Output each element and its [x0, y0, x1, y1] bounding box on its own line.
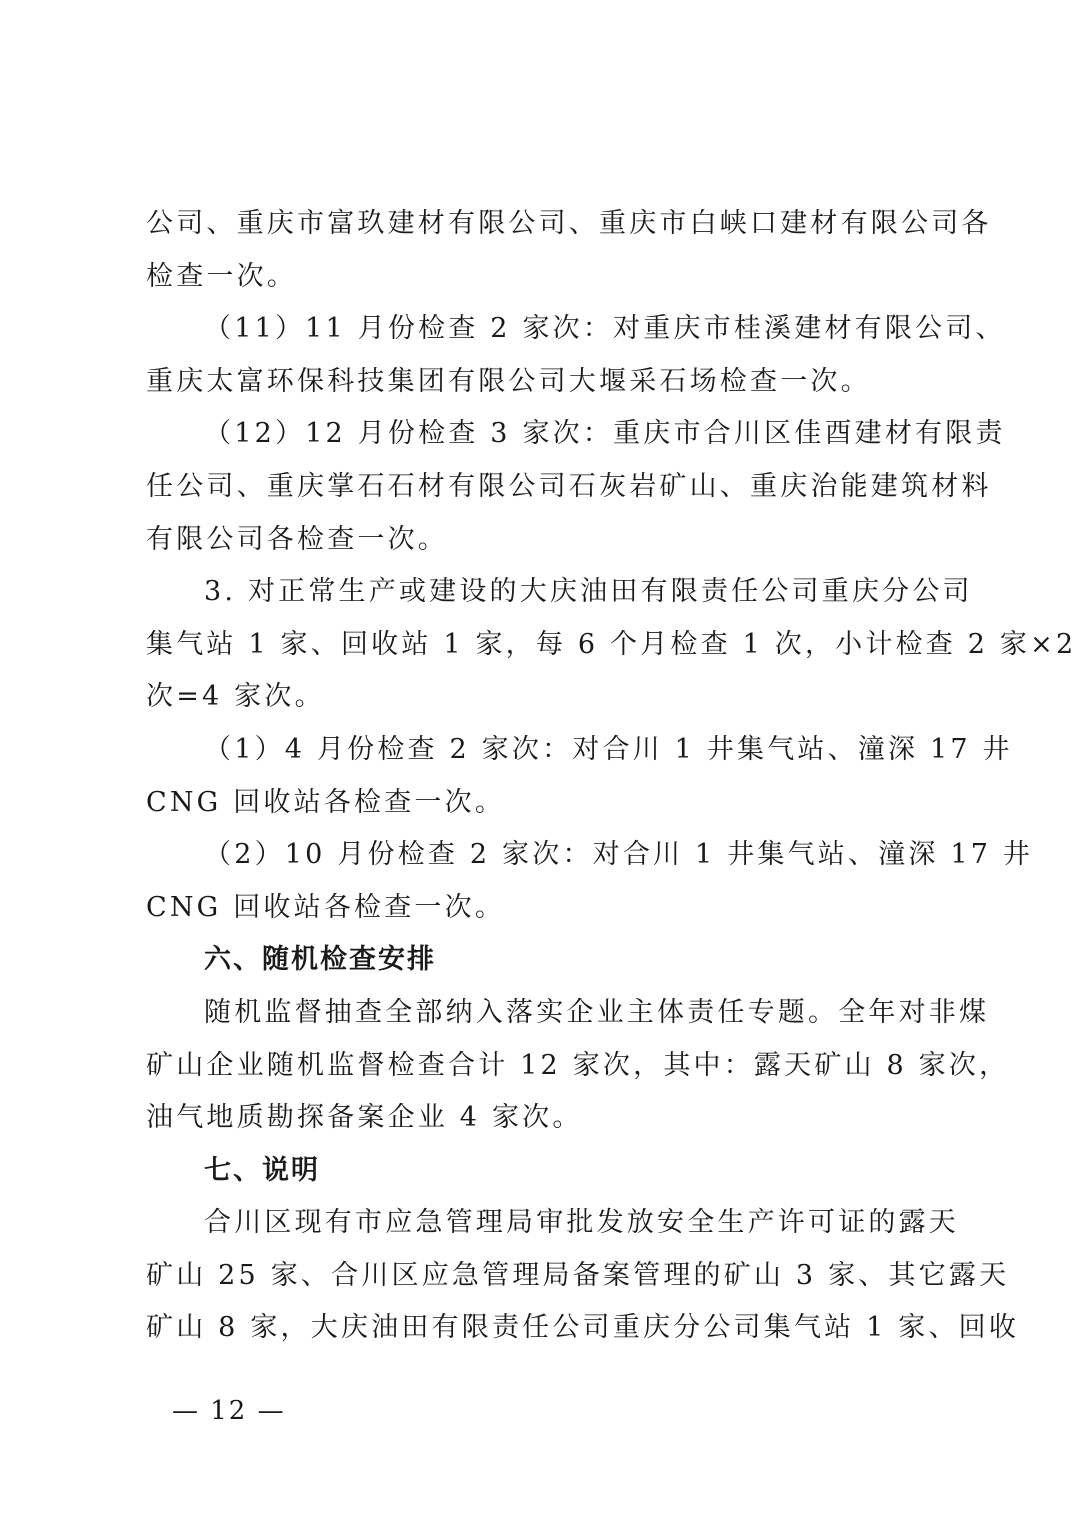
text-line: 矿山 25 家、合川区应急管理局备案管理的矿山 3 家、其它露天	[146, 1250, 944, 1303]
text-line: 次=4 家次。	[146, 671, 944, 724]
text-line: CNG 回收站各检查一次。	[146, 777, 944, 830]
text-line: 合川区现有市应急管理局审批发放安全生产许可证的露天	[146, 1197, 944, 1250]
document-body: 公司、重庆市富玖建材有限公司、重庆市白峡口建材有限公司各 检查一次。 （11）1…	[146, 198, 944, 1355]
text-line: 随机监督抽查全部纳入落实企业主体责任专题。全年对非煤	[146, 987, 944, 1040]
text-line: 矿山企业随机监督检查合计 12 家次，其中：露天矿山 8 家次，	[146, 1040, 944, 1093]
text-line: 油气地质勘探备案企业 4 家次。	[146, 1092, 944, 1145]
text-line: 检查一次。	[146, 251, 944, 304]
text-line: （1）4 月份检查 2 家次：对合川 1 井集气站、潼深 17 井	[146, 724, 944, 777]
text-line: （2）10 月份检查 2 家次：对合川 1 井集气站、潼深 17 井	[146, 829, 944, 882]
text-line: 公司、重庆市富玖建材有限公司、重庆市白峡口建材有限公司各	[146, 198, 944, 251]
text-line: （12）12 月份检查 3 家次：重庆市合川区佳酉建材有限责	[146, 408, 944, 461]
page-number: — 12 —	[172, 1396, 286, 1426]
section-heading: 七、说明	[146, 1145, 944, 1198]
text-line: 有限公司各检查一次。	[146, 514, 944, 567]
text-line: CNG 回收站各检查一次。	[146, 882, 944, 935]
text-line: 重庆太富环保科技集团有限公司大堰采石场检查一次。	[146, 356, 944, 409]
text-line: 矿山 8 家，大庆油田有限责任公司重庆分公司集气站 1 家、回收	[146, 1302, 944, 1355]
text-line: 集气站 1 家、回收站 1 家，每 6 个月检查 1 次，小计检查 2 家×2	[146, 619, 944, 672]
document-page: 公司、重庆市富玖建材有限公司、重庆市白峡口建材有限公司各 检查一次。 （11）1…	[0, 0, 1074, 1520]
section-heading: 六、随机检查安排	[146, 934, 944, 987]
text-line: 3. 对正常生产或建设的大庆油田有限责任公司重庆分公司	[146, 566, 944, 619]
text-line: （11）11 月份检查 2 家次：对重庆市桂溪建材有限公司、	[146, 303, 944, 356]
text-line: 任公司、重庆掌石石材有限公司石灰岩矿山、重庆治能建筑材料	[146, 461, 944, 514]
